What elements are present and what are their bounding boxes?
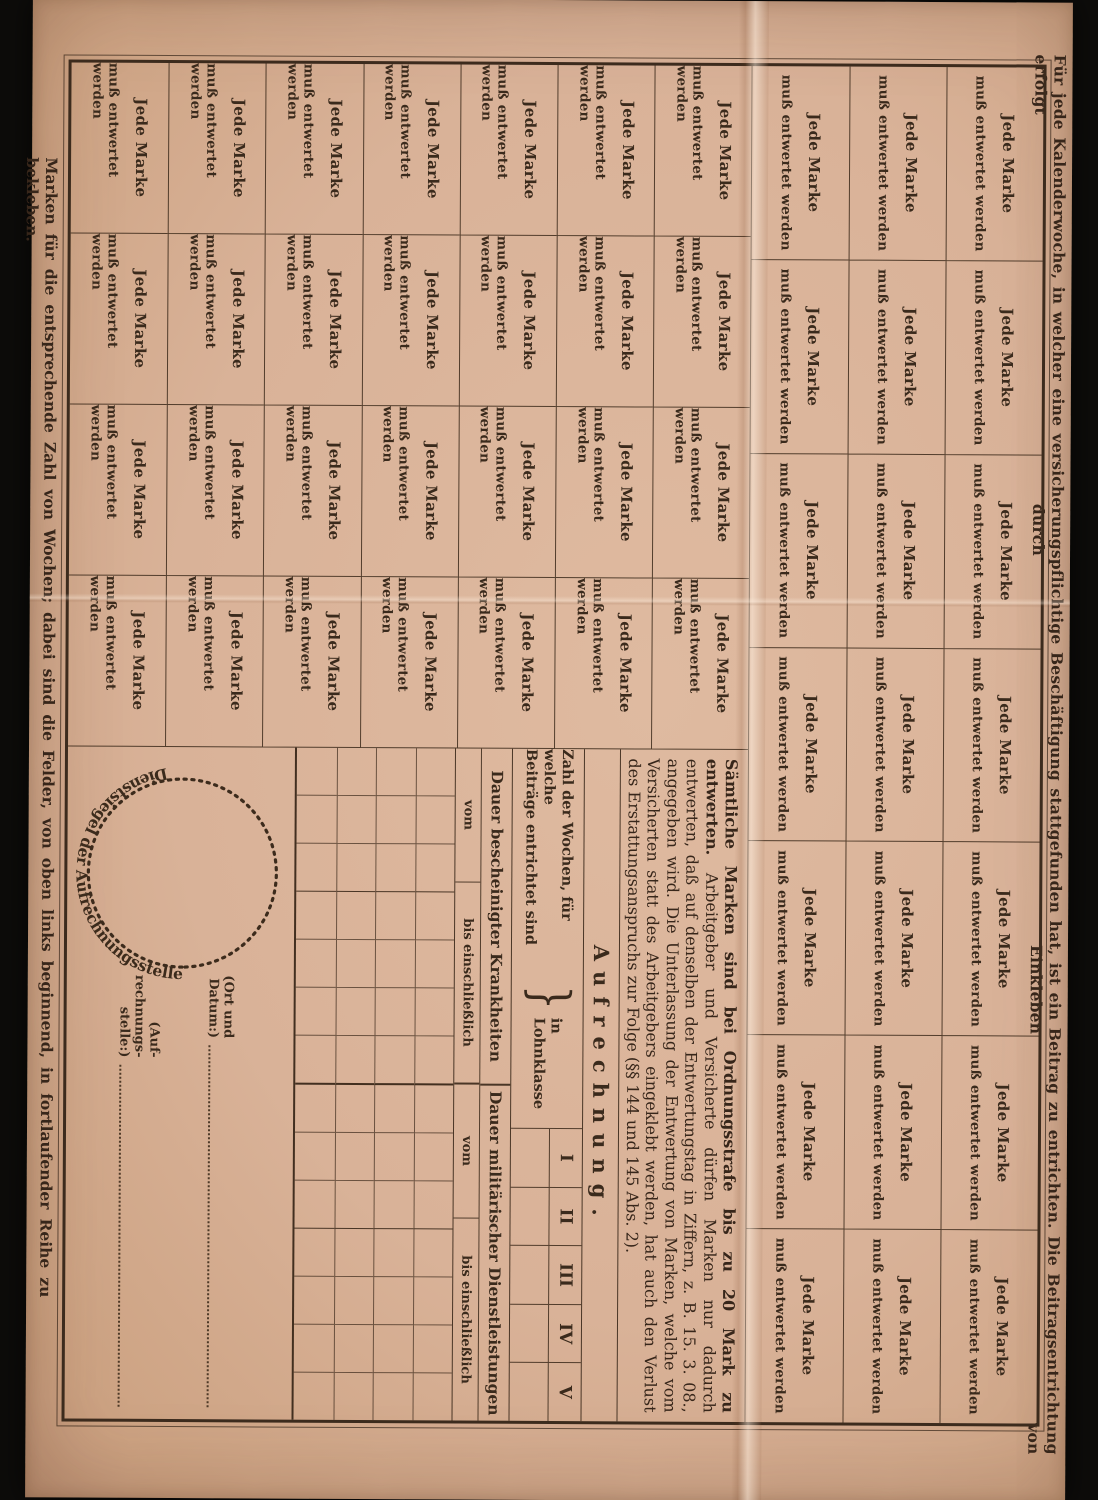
stamp-cell-line2: muß entwertet werden [477, 236, 510, 406]
stamp-cell: Jede Markemuß entwertet werden [457, 578, 555, 750]
stamp-cell: Jede Markemuß entwertet werden [746, 1035, 844, 1229]
entry-grid-cell [374, 1085, 414, 1133]
stamp-cell-line2: muß entwertet werden [88, 234, 121, 404]
stamp-cell-line2: muß entwertet werden [378, 577, 411, 747]
stamp-cell: Jede Markemuß entwertet werden [944, 261, 1042, 455]
stamp-cell-line1: Jede Marke [900, 501, 919, 600]
entry-grid-cell [375, 892, 415, 940]
place-date-dotted-line [207, 1045, 211, 1407]
stamp-cell: Jede Markemuß entwertet werden [942, 649, 1040, 843]
stamp-cell-line2: muß entwertet werden [573, 578, 606, 748]
stamp-cell: Jede Markemuß entwertet werden [747, 841, 845, 1035]
entry-grid-cell [296, 1036, 336, 1085]
stamp-cell-line1: Jede Marke [898, 889, 917, 988]
notice-rest-text: Arbeitgeber und Versicherte dürfen Marke… [622, 758, 721, 1412]
stamp-cell: Jede Markemuß entwertet werden [654, 66, 752, 238]
entry-grid-cell [413, 1277, 453, 1325]
stamp-cell: Jede Markemuß entwertet werden [168, 63, 266, 235]
stamp-grid-half-row: Jede Markemuß entwertet werdenJede Marke… [360, 64, 461, 748]
cancellation-notice: Sämtliche Marken sind bei Ordnungsstrafe… [617, 749, 749, 1422]
wage-class-empty-field [511, 1129, 549, 1187]
stamp-grid-row: Jede Markemuß entwertet werdenJede Marke… [939, 67, 1043, 1423]
weeks-label-line2: Beiträge entrichtet sind [521, 749, 540, 977]
military-until-label: bis einschließlich [453, 1219, 479, 1421]
entry-grid-cell [376, 844, 416, 892]
bottom-instruction-text: Marken für die entsprechende Zahl von Wo… [17, 157, 61, 1297]
entry-grid-cell [415, 844, 455, 892]
stamp-cell-line1: Jede Marke [227, 612, 246, 711]
stamp-cell-line2: muß entwertet werden [968, 851, 985, 1027]
stamp-cell-line2: muß entwertet werden [971, 270, 988, 446]
stamp-cell-line1: Jede Marke [716, 101, 735, 200]
settlement-office-label: (Auf- rechnungs- stelle:) [117, 975, 162, 1058]
stamp-cell-line1: Jede Marke [230, 99, 249, 198]
stamp-cell-line1: Jede Marke [993, 1277, 1012, 1376]
stamp-grid-half-row: Jede Markemuß entwertet werdenJede Marke… [554, 65, 655, 749]
stamp-cell-line1: Jede Marke [130, 440, 149, 539]
stamp-cell: Jede Markemuß entwertet werden [844, 842, 942, 1036]
stamp-cell-line1: Jede Marke [896, 1277, 915, 1376]
stamp-cell: Jede Markemuß entwertet werden [265, 64, 363, 236]
entry-grid-cell [414, 1085, 454, 1133]
stamp-cell-line2: muß entwertet werden [870, 1044, 887, 1220]
stamp-cell: Jede Markemuß entwertet werden [750, 260, 848, 454]
stamp-cell-line2: muß entwertet werden [772, 1238, 789, 1414]
stamp-cell-line2: muß entwertet werden [381, 64, 414, 234]
entry-grid-cell [415, 892, 455, 940]
place-date-row: (Ort und Datum:) [204, 975, 236, 1409]
entry-grid-cell [413, 1181, 453, 1229]
seal-and-signature-area: Dienstsiegel der Aufrechnungsstelle. (Or… [64, 746, 295, 1419]
wage-class-column: V [510, 1363, 581, 1421]
stamp-cell: Jede Markemuß entwertet werden [940, 1036, 1038, 1230]
sickness-from-label: vom [456, 749, 482, 883]
stamp-cell: Jede Markemuß entwertet werden [459, 65, 557, 237]
entry-grid-cell [375, 940, 415, 988]
stamp-cell: Jede Markemuß entwertet werden [748, 648, 846, 842]
stamp-cell-line1: Jede Marke [714, 443, 733, 542]
entry-grid-cell [375, 988, 415, 1036]
stamp-cell: Jede Markemuß entwertet werden [459, 236, 557, 408]
entry-grid-cell [295, 1085, 335, 1133]
stamp-cell-line1: Jede Marke [901, 308, 920, 407]
stamp-cell: Jede Markemuß entwertet werden [165, 576, 263, 748]
stamp-cell-line2: muß entwertet werden [186, 63, 219, 233]
entry-grid-cell [376, 748, 416, 796]
entry-grid-cell [334, 1181, 374, 1229]
entry-grid-cell [337, 748, 377, 796]
wage-class-column: IV [510, 1305, 581, 1364]
stamp-cell-line1: Jede Marke [324, 612, 343, 711]
stamp-cell-line2: muß entwertet werden [476, 407, 509, 577]
stamp-cell: Jede Markemuß entwertet werden [943, 455, 1041, 649]
stamp-cell-line2: muß entwertet werden [776, 462, 793, 638]
stamp-cell: Jede Markemuß entwertet werden [556, 236, 654, 408]
stamp-cell-line2: muß entwertet werden [672, 237, 705, 407]
stamp-cell-line1: Jede Marke [994, 1084, 1013, 1183]
entry-grid-cell [294, 1325, 334, 1373]
military-from-label: vom [454, 1085, 480, 1219]
stamp-cell: Jede Markemuß entwertet werden [941, 842, 1039, 1036]
stamp-cell-line2: muß entwertet werden [575, 65, 608, 235]
stamp-cell-line1: Jede Marke [421, 613, 440, 712]
stamp-cell: Jede Markemuß entwertet werden [69, 404, 167, 576]
weeks-label-lines: Zahl der Wochen, für welche Beiträge ent… [521, 749, 576, 977]
stamp-cell-line1: Jede Marke [617, 443, 636, 542]
stamp-cell-line1: Jede Marke [804, 307, 823, 406]
entry-grid-cell [335, 1133, 375, 1181]
stamp-cell: Jede Markemuß entwertet werden [166, 405, 264, 577]
entry-grid-cell [414, 1133, 454, 1181]
stamp-cell: Jede Markemuß entwertet werden [653, 237, 751, 409]
wage-class-empty-field [511, 1187, 549, 1245]
seal-curved-text: Dienstsiegel der Aufrechnungsstelle. [72, 752, 303, 983]
stamp-cell: Jede Markemuß entwertet werden [745, 1229, 843, 1422]
stamp-cell-line1: Jede Marke [715, 272, 734, 371]
entry-grid-row [333, 748, 376, 1420]
stamp-cell: Jede Markemuß entwertet werden [360, 406, 458, 578]
insurance-card: Für jede Kalenderwoche, in welcher eine … [25, 0, 1073, 1500]
stamp-cell-line2: muß entwertet werden [284, 64, 317, 234]
brace-glyph: } [524, 985, 576, 1010]
military-title: Dauer militärischer Dienstleistungen [479, 1086, 511, 1421]
stamp-cell: Jede Markemuß entwertet werden [263, 406, 361, 578]
stamp-cell-line2: muß entwertet werden [773, 1044, 790, 1220]
stamp-cell: Jede Markemuß entwertet werden [652, 408, 750, 580]
stamp-cell-line1: Jede Marke [131, 269, 150, 368]
stamp-cell: Jede Markemuß entwertet werden [68, 575, 166, 747]
stamp-cell-line2: muß entwertet werden [972, 76, 989, 252]
stamp-cell-line2: muß entwertet werden [874, 269, 891, 445]
stamp-cell: Jede Markemuß entwertet werden [361, 235, 459, 407]
stamp-cell-line1: Jede Marke [519, 442, 538, 541]
wage-class-column: II [511, 1187, 582, 1246]
stamp-cell-line2: muß entwertet werden [87, 405, 120, 575]
stamp-cell: Jede Markemuß entwertet werden [70, 233, 168, 405]
stamp-cell: Jede Markemuß entwertet werden [362, 64, 460, 236]
stamp-cell-line1: Jede Marke [424, 100, 443, 199]
entry-grid-cell [414, 1036, 454, 1085]
stamp-cell-line1: Jede Marke [995, 890, 1014, 989]
stamp-cell: Jede Markemuß entwertet werden [843, 1036, 941, 1230]
stamp-cell-line2: muß entwertet werden [872, 657, 889, 833]
stamp-cell-line2: muß entwertet werden [185, 405, 218, 575]
stamp-cell-line2: muß entwertet werden [670, 579, 703, 749]
stamp-cell: Jede Markemuß entwertet werden [845, 648, 943, 842]
entry-grid-cell [373, 1277, 413, 1325]
entry-grid-cell [336, 796, 376, 844]
stamp-cell: Jede Markemuß entwertet werden [847, 260, 945, 454]
stamp-cell-line1: Jede Marke [229, 270, 248, 369]
wage-class-numeral: III [549, 1246, 582, 1304]
weeks-label-cell: Zahl der Wochen, für welche Beiträge ent… [511, 749, 584, 1129]
stamp-cell-line2: muß entwertet werden [379, 406, 412, 576]
stamp-cell-line1: Jede Marke [713, 614, 732, 713]
stamp-cell: Jede Markemuß entwertet werden [360, 577, 458, 749]
wage-class-numeral: V [548, 1363, 581, 1421]
sickness-until-label: bis einschließlich [455, 883, 481, 1085]
duration-title-row: Dauer bescheinigter Krankheiten Dauer mi… [478, 749, 513, 1421]
entry-grid-cell [336, 844, 376, 892]
entry-grid-row [373, 748, 416, 1420]
entry-grid-cell [335, 988, 375, 1036]
entry-grid-cell [335, 1036, 375, 1085]
stamp-cell-line1: Jede Marke [326, 270, 345, 369]
entry-grid-cell [376, 796, 416, 844]
stamp-cell: Jede Markemuß entwertet werden [264, 235, 362, 407]
stamp-cell-line2: muß entwertet werden [184, 576, 217, 746]
stamp-cell-line2: muß entwertet werden [380, 235, 413, 405]
stamp-cell-line2: muß entwertet werden [672, 66, 705, 236]
stamp-cell: Jede Markemuß entwertet werden [167, 234, 265, 406]
stamp-cell-line1: Jede Marke [521, 100, 540, 199]
aufrechnung-section: Sämtliche Marken sind bei Ordnungsstrafe… [64, 746, 748, 1422]
stamp-cell-line1: Jede Marke [996, 696, 1015, 795]
stamp-cell-line2: muß entwertet werden [970, 463, 987, 639]
stamp-cell: Jede Markemuß entwertet werden [751, 66, 849, 260]
wage-class-numeral: IV [548, 1305, 581, 1363]
entry-grid-cell [412, 1373, 452, 1420]
stamp-cell-line1: Jede Marke [423, 271, 442, 370]
stamp-cell: Jede Markemuß entwertet werden [749, 454, 847, 648]
entry-grid-cell [374, 1229, 414, 1277]
stamp-cell-line2: muß entwertet werden [967, 1045, 984, 1221]
stamp-cell-line2: muß entwertet werden [478, 65, 511, 235]
entry-grid-cell [334, 1325, 374, 1373]
stamp-cell-line1: Jede Marke [799, 1276, 818, 1375]
wage-class-empty-field [511, 1246, 549, 1304]
stamp-cell-line2: muß entwertet werden [89, 63, 122, 233]
entry-grid-cell [413, 1229, 453, 1277]
weeks-label-suffix: in Lohnklasse [530, 1018, 565, 1128]
wage-class-empty-field [510, 1305, 548, 1363]
weeks-table: Zahl der Wochen, für welche Beiträge ent… [509, 749, 585, 1421]
stamp-cell-line1: Jede Marke [802, 695, 821, 794]
entry-grid-cell [295, 1181, 335, 1229]
stamp-cell-line2: muß entwertet werden [573, 407, 606, 577]
official-seal-placeholder: Dienstsiegel der Aufrechnungsstelle. [62, 752, 303, 993]
stamp-cell-line2: muß entwertet werden [574, 236, 607, 406]
settlement-office-row: (Auf- rechnungs- stelle:) [115, 975, 162, 1409]
stamp-cell: Jede Markemuß entwertet werden [842, 1230, 940, 1423]
entry-grid-cell [334, 1229, 374, 1277]
entry-grid-cell [333, 1373, 373, 1420]
entry-grid-cell [295, 1229, 335, 1277]
stamp-cell-line1: Jede Marke [997, 502, 1016, 601]
place-date-label: (Ort und Datum:) [206, 975, 236, 1038]
card-frame: Jede Markemuß entwertet werdenJede Marke… [61, 59, 1046, 1426]
weeks-label-line1: Zahl der Wochen, für welche [539, 749, 576, 977]
stamp-cell: Jede Markemuß entwertet werden [458, 407, 556, 579]
stamp-cell-line1: Jede Marke [800, 1083, 819, 1182]
entry-grid-cell [296, 988, 336, 1036]
stamp-cell-line1: Jede Marke [803, 501, 822, 600]
stamp-cell-line1: Jede Marke [805, 113, 824, 212]
entry-grid-cell [375, 1036, 415, 1085]
stamp-cell-line1: Jede Marke [899, 695, 918, 794]
stamp-cell: Jede Markemuß entwertet werden [939, 1230, 1037, 1423]
entry-grid-cell [336, 892, 376, 940]
stamp-cell-line1: Jede Marke [422, 442, 441, 541]
stamp-cell: Jede Markemuß entwertet werden [262, 577, 360, 749]
stamp-cell-line2: muß entwertet werden [777, 269, 794, 445]
stamp-grid-half-row: Jede Markemuß entwertet werdenJede Marke… [68, 62, 169, 746]
stamp-cell-line1: Jede Marke [519, 613, 538, 712]
photo-background: Für jede Kalenderwoche, in welcher eine … [0, 0, 1098, 1500]
stamp-cell-line1: Jede Marke [618, 272, 637, 371]
stamp-cell-line2: muß entwertet werden [875, 75, 892, 251]
stamp-cell-line2: muß entwertet werden [186, 234, 219, 404]
stamp-cell: Jede Markemuß entwertet werden [555, 407, 653, 579]
stamp-cell-line1: Jede Marke [902, 114, 921, 213]
stamp-cell-line2: muß entwertet werden [282, 406, 315, 576]
stamp-cell-line2: muß entwertet werden [966, 1239, 983, 1415]
stamp-cell-line1: Jede Marke [618, 101, 637, 200]
entry-grid-cell [335, 1085, 375, 1133]
stamp-cell-line2: muß entwertet werden [969, 657, 986, 833]
stamp-cell-line1: Jede Marke [520, 271, 539, 370]
aufrechnung-heading: Aufrechnung. [581, 749, 621, 1421]
stamp-cell: Jede Markemuß entwertet werden [846, 454, 944, 648]
stamp-grid-half-row: Jede Markemuß entwertet werdenJede Marke… [651, 66, 752, 750]
stamp-grid-half-row: Jede Markemuß entwertet werdenJede Marke… [457, 65, 558, 749]
entry-grid-cell [334, 1277, 374, 1325]
wage-class-columns: IIIIIIIVV [510, 1129, 583, 1421]
stamp-cell-line1: Jede Marke [801, 889, 820, 988]
stamp-cell-line1: Jede Marke [999, 114, 1018, 213]
stamp-cell: Jede Markemuß entwertet werden [557, 65, 655, 237]
entry-grid-cell [336, 940, 376, 988]
wage-class-column: I [511, 1129, 582, 1188]
stamp-cell: Jede Markemuß entwertet werden [848, 67, 946, 261]
stamp-grid-row: Jede Markemuß entwertet werdenJede Marke… [842, 67, 946, 1423]
entry-grid-row [412, 748, 455, 1420]
entry-grid-cell [294, 1373, 334, 1420]
entry-grid-cell [415, 940, 455, 988]
wage-class-column: III [511, 1246, 582, 1305]
stamp-cell-line1: Jede Marke [129, 611, 148, 710]
stamp-cell-line2: muß entwertet werden [873, 463, 890, 639]
entry-grid-cell [295, 1133, 335, 1181]
stamp-grid-half-row: Jede Markemuß entwertet werdenJede Marke… [262, 64, 363, 748]
stamp-cell-line1: Jede Marke [132, 98, 151, 197]
stamp-cell: Jede Markemuß entwertet werden [71, 62, 169, 234]
wage-class-numeral: II [549, 1188, 582, 1246]
entry-grid-cell [415, 796, 455, 844]
stamp-cell: Jede Markemuß entwertet werden [651, 579, 749, 751]
stamp-cell-line2: muß entwertet werden [774, 850, 791, 1026]
stamp-cell-line2: muß entwertet werden [86, 576, 119, 746]
stamp-cell-line2: muß entwertet werden [775, 656, 792, 832]
stamp-cell-line1: Jede Marke [616, 614, 635, 713]
stamp-cell-line2: muß entwertet werden [281, 577, 314, 747]
stamp-cell: Jede Markemuß entwertet werden [945, 67, 1043, 261]
sickness-title: Dauer bescheinigter Krankheiten [481, 749, 513, 1086]
duration-subheader-row: vom bis einschließlich vom bis einschlie… [452, 749, 482, 1421]
stamp-cell-line1: Jede Marke [897, 1083, 916, 1182]
stamp-cell-line2: muß entwertet werden [475, 578, 508, 748]
entry-grid-cell [373, 1325, 413, 1373]
wage-class-numeral: I [549, 1129, 582, 1187]
stamp-cell-line1: Jede Marke [327, 99, 346, 198]
settlement-office-dotted-line [118, 1064, 122, 1406]
entry-grid-cell [373, 1373, 413, 1420]
stamp-cell-line2: muß entwertet werden [671, 408, 704, 578]
stamp-grid-row: Jede Markemuß entwertet werdenJede Marke… [745, 66, 849, 1422]
stamp-cell-line2: muß entwertet werden [869, 1238, 886, 1414]
entry-grid-cell [416, 748, 456, 796]
stamp-cell-line1: Jede Marke [998, 308, 1017, 407]
entry-grid-cell [294, 1277, 334, 1325]
duration-entry-grid [292, 748, 456, 1421]
entry-grid-cell [413, 1325, 453, 1373]
entry-grid-cell [374, 1133, 414, 1181]
entry-grid-cell [414, 988, 454, 1036]
stamp-cell-line1: Jede Marke [325, 441, 344, 540]
stamp-cell: Jede Markemuß entwertet werden [554, 578, 652, 750]
stamp-grid-half-row: Jede Markemuß entwertet werdenJede Marke… [165, 63, 266, 747]
wage-class-empty-field [510, 1363, 548, 1421]
stamp-cell-line2: muß entwertet werden [778, 75, 795, 251]
stamp-cell-line2: muß entwertet werden [871, 851, 888, 1027]
stamp-cell-line1: Jede Marke [228, 441, 247, 540]
entry-grid-cell [374, 1181, 414, 1229]
stamp-cell-line2: muß entwertet werden [283, 235, 316, 405]
